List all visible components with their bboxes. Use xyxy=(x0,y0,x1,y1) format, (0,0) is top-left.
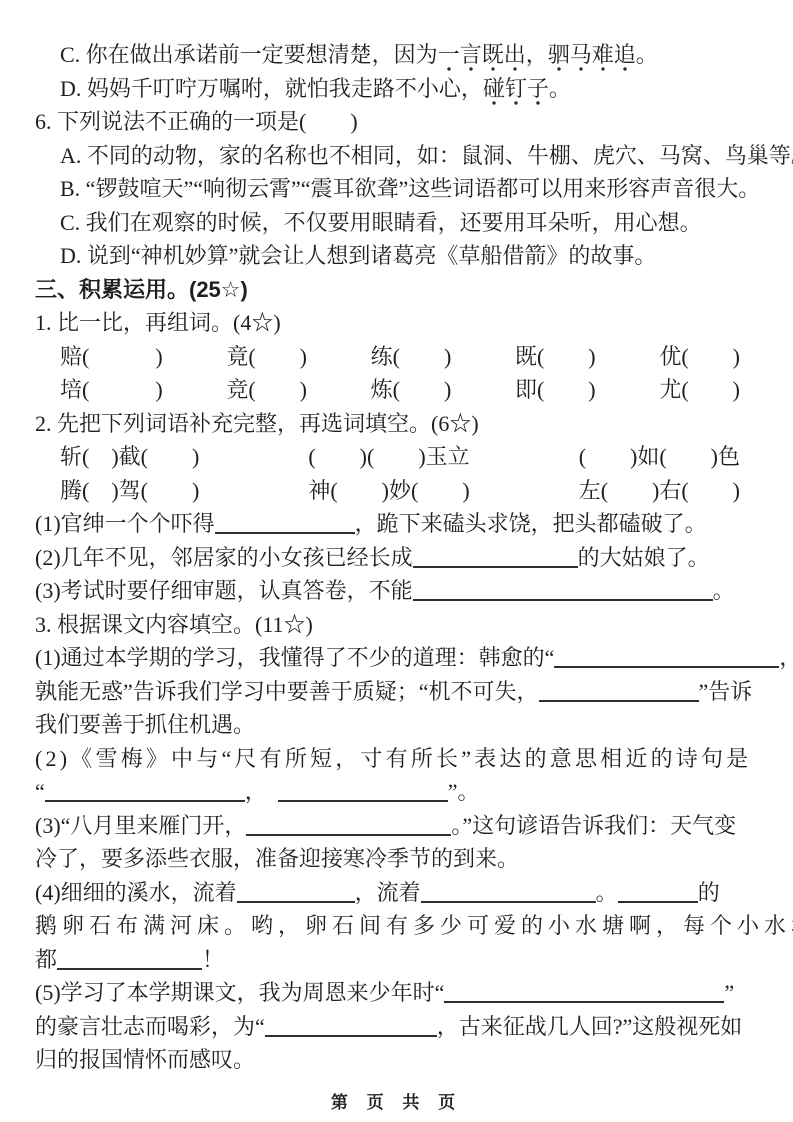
text-run: 3. 根据课文内容填空。(11☆) xyxy=(35,612,313,637)
q2-fill-2: (2)几年不见，邻居家的小女孩已经长成的大姑娘了。 xyxy=(35,541,775,575)
text-run: ” xyxy=(724,980,734,1005)
text-run: C. 你在做出承诺前一定要想清楚，因为 xyxy=(60,42,438,67)
text-run: B. “锣鼓喧天”“响彻云霄”“震耳欲聋”这些词语都可以用来形容声音很大。 xyxy=(60,176,760,201)
word-pair-cell: 培( ) xyxy=(60,373,163,407)
q5-option-d: D. 妈妈千叮咛万嘱咐，就怕我走路不小心，碰钉子。 xyxy=(35,72,775,106)
q3-item5-line2: 的豪言壮志而喝彩，为“，古来征战几人回?”这般视死如 xyxy=(35,1010,775,1044)
text-run: (2)几年不见，邻居家的小女孩已经长成 xyxy=(35,545,413,570)
text-run: ”告诉 xyxy=(699,679,753,704)
text-run: (1)通过本学期的学习，我懂得了不少的道理：韩愈的“ xyxy=(35,645,554,670)
q2-fill-3: (3)考试时要仔细审题，认真答卷，不能。 xyxy=(35,574,775,608)
text-run: 的 xyxy=(698,880,720,905)
page-footer: 第 页 共 页 xyxy=(0,1088,793,1113)
text-run: 三、积累运用。(25☆) xyxy=(35,277,248,302)
word-pair-cell: 左( )右( ) xyxy=(579,474,740,508)
q1-word-row-1: 赔( )竟( )练( )既( )优( ) xyxy=(35,340,740,374)
word-pair-cell: 即( ) xyxy=(515,373,596,407)
blank-answer-line xyxy=(45,778,245,802)
blank-answer-line xyxy=(554,644,779,668)
blank-answer-line xyxy=(246,812,451,836)
blank-answer-line xyxy=(421,879,596,903)
word-pair-cell: 优( ) xyxy=(659,340,740,374)
emphasized-text: 碰钉子 xyxy=(483,76,549,106)
q3-item3-line1: (3)“八月里来雁门开，。”这句谚语告诉我们：天气变 xyxy=(35,809,775,843)
word-pair-cell: 腾( )驾( ) xyxy=(60,474,199,508)
text-run: (3)“八月里来雁门开， xyxy=(35,813,246,838)
text-run: ，流着 xyxy=(355,880,421,905)
text-run: “ xyxy=(35,779,45,804)
text-run: 。 xyxy=(549,76,571,101)
blank-answer-line xyxy=(444,979,724,1003)
emphasized-text: 驷马难追 xyxy=(548,42,636,72)
text-run: 冷了，要多添些衣服，准备迎接寒冷季节的到来。 xyxy=(35,846,519,871)
text-run: 归的报国情怀而感叹。 xyxy=(35,1047,255,1072)
word-pair-cell: 赔( ) xyxy=(60,340,163,374)
text-run: 。 xyxy=(636,42,658,67)
q6-stem: 6. 下列说法不正确的一项是( ) xyxy=(35,105,775,139)
word-pair-cell: 练( ) xyxy=(371,340,452,374)
q3-item5-line3: 归的报国情怀而感叹。 xyxy=(35,1043,775,1077)
q3-item1-line3: 我们要善于抓住机遇。 xyxy=(35,708,775,742)
q3-item3-line2: 冷了，要多添些衣服，准备迎接寒冷季节的到来。 xyxy=(35,842,775,876)
text-run: C. 我们在观察的时候，不仅要用眼睛看，还要用耳朵听，用心想。 xyxy=(60,210,702,235)
emphasized-text: 一言既出 xyxy=(438,42,526,72)
word-pair-cell: 尤( ) xyxy=(659,373,740,407)
q6-option-a: A. 不同的动物，家的名称也不相同，如：鼠洞、牛棚、虎穴、马窝、鸟巢等。 xyxy=(35,139,775,173)
word-pair-cell: 竟( ) xyxy=(226,340,307,374)
text-run: ！ xyxy=(202,947,224,972)
q2-idiom-row-2: 腾( )驾( )神( )妙( )左( )右( ) xyxy=(35,474,740,508)
q6-option-b: B. “锣鼓喧天”“响彻云霄”“震耳欲聋”这些词语都可以用来形容声音很大。 xyxy=(35,172,775,206)
word-pair-cell: 神( )妙( ) xyxy=(308,474,469,508)
q1-word-row-2: 培( )竞( )炼( )即( )尤( ) xyxy=(35,373,740,407)
blank-answer-line xyxy=(618,879,698,903)
q3-item1-line2: 孰能无惑”告诉我们学习中要善于质疑；“机不可失，”告诉 xyxy=(35,675,775,709)
word-pair-cell: 斩( )截( ) xyxy=(60,440,199,474)
q2-idiom-row-1: 斩( )截( )( )( )玉立( )如( )色 xyxy=(35,440,740,474)
q3-item2-line1: (2)《雪梅》中与“尺有所短，寸有所长”表达的意思相近的诗句是 xyxy=(35,742,775,776)
text-run: A. 不同的动物，家的名称也不相同，如：鼠洞、牛棚、虎穴、马窝、鸟巢等。 xyxy=(60,143,793,168)
exam-page: C. 你在做出承诺前一定要想清楚，因为一言既出，驷马难追。D. 妈妈千叮咛万嘱咐… xyxy=(0,0,793,1122)
text-run: ， xyxy=(526,42,548,67)
word-pair-cell: ( )如( )色 xyxy=(579,440,740,474)
q1-title: 1. 比一比，再组词。(4☆) xyxy=(35,306,775,340)
q3-item4-line3: 都！ xyxy=(35,943,775,977)
text-run: (5)学习了本学期课文，我为周恩来少年时“ xyxy=(35,980,444,1005)
text-run: 鹅卵石布满河床。哟，卵石间有多少可爱的小水塘啊，每个小水塘 xyxy=(35,913,793,938)
word-pair-cell: ( )( )玉立 xyxy=(308,440,469,474)
text-run: (3)考试时要仔细审题，认真答卷，不能 xyxy=(35,578,413,603)
word-pair-cell: 竞( ) xyxy=(226,373,307,407)
text-run: (1)官绅一个个吓得 xyxy=(35,511,215,536)
q2-fill-1: (1)官绅一个个吓得，跪下来磕头求饶，把头都磕破了。 xyxy=(35,507,775,541)
text-run: ，古来征战几人回?”这般视死如 xyxy=(437,1014,743,1039)
text-run: 2. 先把下列词语补充完整，再选词填空。(6☆) xyxy=(35,411,479,436)
text-run: 。 xyxy=(596,880,618,905)
text-run: 孰能无惑”告诉我们学习中要善于质疑；“机不可失， xyxy=(35,679,539,704)
word-pair-cell: 既( ) xyxy=(515,340,596,374)
q6-option-c: C. 我们在观察的时候，不仅要用眼睛看，还要用耳朵听，用心想。 xyxy=(35,206,775,240)
blank-answer-line xyxy=(413,577,713,601)
blank-answer-line xyxy=(237,879,355,903)
text-run: ， xyxy=(245,779,278,804)
text-run: D. 妈妈千叮咛万嘱咐，就怕我走路不小心， xyxy=(60,76,483,101)
text-run: 的豪言壮志而喝彩，为“ xyxy=(35,1014,265,1039)
word-pair-cell: 炼( ) xyxy=(371,373,452,407)
text-run: ，跪下来磕头求饶，把头都磕破了。 xyxy=(355,511,707,536)
document-body: C. 你在做出承诺前一定要想清楚，因为一言既出，驷马难追。D. 妈妈千叮咛万嘱咐… xyxy=(0,0,793,1077)
q3-item2-line2: “， ”。 xyxy=(35,775,775,809)
q2-title: 2. 先把下列词语补充完整，再选词填空。(6☆) xyxy=(35,407,775,441)
text-run: 。”这句谚语告诉我们：天气变 xyxy=(451,813,736,838)
blank-answer-line xyxy=(57,946,202,970)
text-run: (4)细细的溪水，流着 xyxy=(35,880,237,905)
text-run: ， xyxy=(779,645,793,670)
text-run: 1. 比一比，再组词。(4☆) xyxy=(35,310,281,335)
blank-answer-line xyxy=(278,778,448,802)
text-run: (2)《雪梅》中与“尺有所短，寸有所长”表达的意思相近的诗句是 xyxy=(35,746,751,771)
text-run: 的大姑娘了。 xyxy=(578,545,710,570)
q3-item4-line1: (4)细细的溪水，流着，流着。的 xyxy=(35,876,775,910)
q3-item1-line1: (1)通过本学期的学习，我懂得了不少的道理：韩愈的“， xyxy=(35,641,775,675)
q5-option-c: C. 你在做出承诺前一定要想清楚，因为一言既出，驷马难追。 xyxy=(35,38,775,72)
blank-answer-line xyxy=(265,1013,437,1037)
blank-answer-line xyxy=(539,678,699,702)
blank-answer-line xyxy=(413,544,578,568)
q3-title: 3. 根据课文内容填空。(11☆) xyxy=(35,608,775,642)
text-run: 都 xyxy=(35,947,57,972)
text-run: 我们要善于抓住机遇。 xyxy=(35,712,255,737)
text-run: D. 说到“神机妙算”就会让人想到诸葛亮《草船借箭》的故事。 xyxy=(60,243,656,268)
section-3-heading: 三、积累运用。(25☆) xyxy=(35,273,775,307)
text-run: 。 xyxy=(713,578,735,603)
text-run: ”。 xyxy=(448,779,480,804)
blank-answer-line xyxy=(215,510,355,534)
text-run: 6. 下列说法不正确的一项是( ) xyxy=(35,109,358,134)
q3-item4-line2: 鹅卵石布满河床。哟，卵石间有多少可爱的小水塘啊，每个小水塘 xyxy=(35,909,775,943)
q6-option-d: D. 说到“神机妙算”就会让人想到诸葛亮《草船借箭》的故事。 xyxy=(35,239,775,273)
q3-item5-line1: (5)学习了本学期课文，我为周恩来少年时“” xyxy=(35,976,775,1010)
